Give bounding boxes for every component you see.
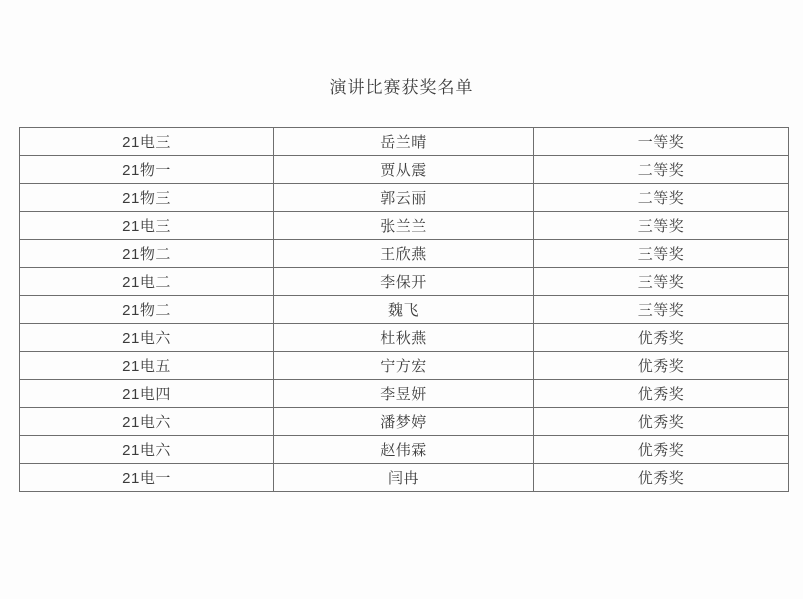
name-cell: 李保开 <box>274 268 534 296</box>
name-cell: 潘梦婷 <box>274 408 534 436</box>
award-cell: 二等奖 <box>534 184 789 212</box>
award-cell: 三等奖 <box>534 268 789 296</box>
class-cell: 21电六 <box>20 324 274 352</box>
table-row: 21电六 潘梦婷 优秀奖 <box>20 408 789 436</box>
name-cell: 李昱妍 <box>274 380 534 408</box>
class-cell: 21电二 <box>20 268 274 296</box>
award-cell: 优秀奖 <box>534 464 789 492</box>
table-row: 21物三 郭云丽 二等奖 <box>20 184 789 212</box>
class-cell: 21物三 <box>20 184 274 212</box>
name-cell: 宁方宏 <box>274 352 534 380</box>
name-cell: 闫冉 <box>274 464 534 492</box>
award-table: 21电三 岳兰晴 一等奖 21物一 贾从震 二等奖 21物三 郭云丽 二等奖 2… <box>19 127 789 492</box>
class-cell: 21电六 <box>20 436 274 464</box>
award-cell: 优秀奖 <box>534 380 789 408</box>
page-title: 演讲比赛获奖名单 <box>0 73 803 98</box>
class-cell: 21电五 <box>20 352 274 380</box>
award-cell: 优秀奖 <box>534 324 789 352</box>
class-cell: 21电四 <box>20 380 274 408</box>
award-cell: 优秀奖 <box>534 352 789 380</box>
table-row: 21物二 王欣燕 三等奖 <box>20 240 789 268</box>
award-cell: 三等奖 <box>534 296 789 324</box>
class-cell: 21物一 <box>20 156 274 184</box>
name-cell: 张兰兰 <box>274 212 534 240</box>
award-cell: 优秀奖 <box>534 408 789 436</box>
name-cell: 杜秋燕 <box>274 324 534 352</box>
table-row: 21电三 张兰兰 三等奖 <box>20 212 789 240</box>
name-cell: 郭云丽 <box>274 184 534 212</box>
name-cell: 岳兰晴 <box>274 128 534 156</box>
table-row: 21电六 赵伟霖 优秀奖 <box>20 436 789 464</box>
table-row: 21物一 贾从震 二等奖 <box>20 156 789 184</box>
name-cell: 赵伟霖 <box>274 436 534 464</box>
award-cell: 优秀奖 <box>534 436 789 464</box>
class-cell: 21物二 <box>20 296 274 324</box>
document-page: 演讲比赛获奖名单 21电三 岳兰晴 一等奖 21物一 贾从震 二等奖 21物三 … <box>0 0 803 599</box>
award-cell: 二等奖 <box>534 156 789 184</box>
table-row: 21电二 李保开 三等奖 <box>20 268 789 296</box>
table-row: 21电三 岳兰晴 一等奖 <box>20 128 789 156</box>
award-cell: 一等奖 <box>534 128 789 156</box>
class-cell: 21电六 <box>20 408 274 436</box>
name-cell: 王欣燕 <box>274 240 534 268</box>
class-cell: 21电三 <box>20 212 274 240</box>
name-cell: 魏飞 <box>274 296 534 324</box>
award-cell: 三等奖 <box>534 240 789 268</box>
class-cell: 21电一 <box>20 464 274 492</box>
table-row: 21物二 魏飞 三等奖 <box>20 296 789 324</box>
class-cell: 21电三 <box>20 128 274 156</box>
table-row: 21电六 杜秋燕 优秀奖 <box>20 324 789 352</box>
table-row: 21电一 闫冉 优秀奖 <box>20 464 789 492</box>
table-row: 21电四 李昱妍 优秀奖 <box>20 380 789 408</box>
award-cell: 三等奖 <box>534 212 789 240</box>
name-cell: 贾从震 <box>274 156 534 184</box>
class-cell: 21物二 <box>20 240 274 268</box>
table-row: 21电五 宁方宏 优秀奖 <box>20 352 789 380</box>
